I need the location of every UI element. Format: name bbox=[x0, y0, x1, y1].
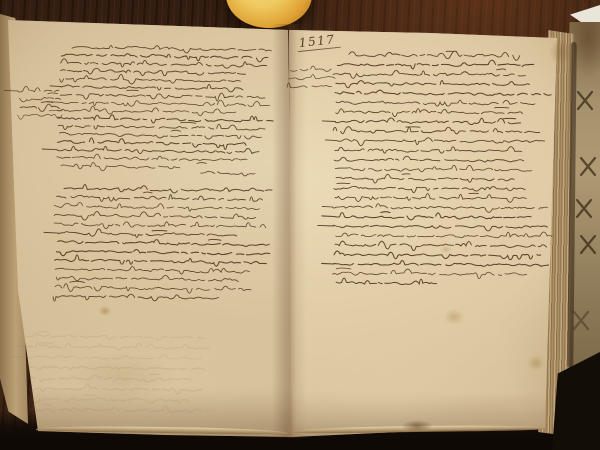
right-page-body bbox=[317, 51, 553, 286]
cover-x-mark bbox=[578, 92, 592, 109]
left-page-margin-note bbox=[5, 86, 63, 119]
handwriting-ink-layer bbox=[0, 0, 600, 450]
left-page-interline-flourish bbox=[201, 171, 255, 176]
left-page-show-through bbox=[11, 331, 210, 413]
cover-x-mark bbox=[574, 312, 588, 329]
cover-x-mark bbox=[581, 158, 595, 175]
right-page-margin-note bbox=[287, 66, 336, 88]
left-page-paragraph-1 bbox=[42, 44, 274, 173]
manuscript-photo: 1517 bbox=[0, 0, 600, 450]
cover-x-mark bbox=[581, 236, 595, 253]
left-page-paragraph-2 bbox=[43, 184, 272, 304]
cover-x-mark bbox=[577, 200, 591, 217]
